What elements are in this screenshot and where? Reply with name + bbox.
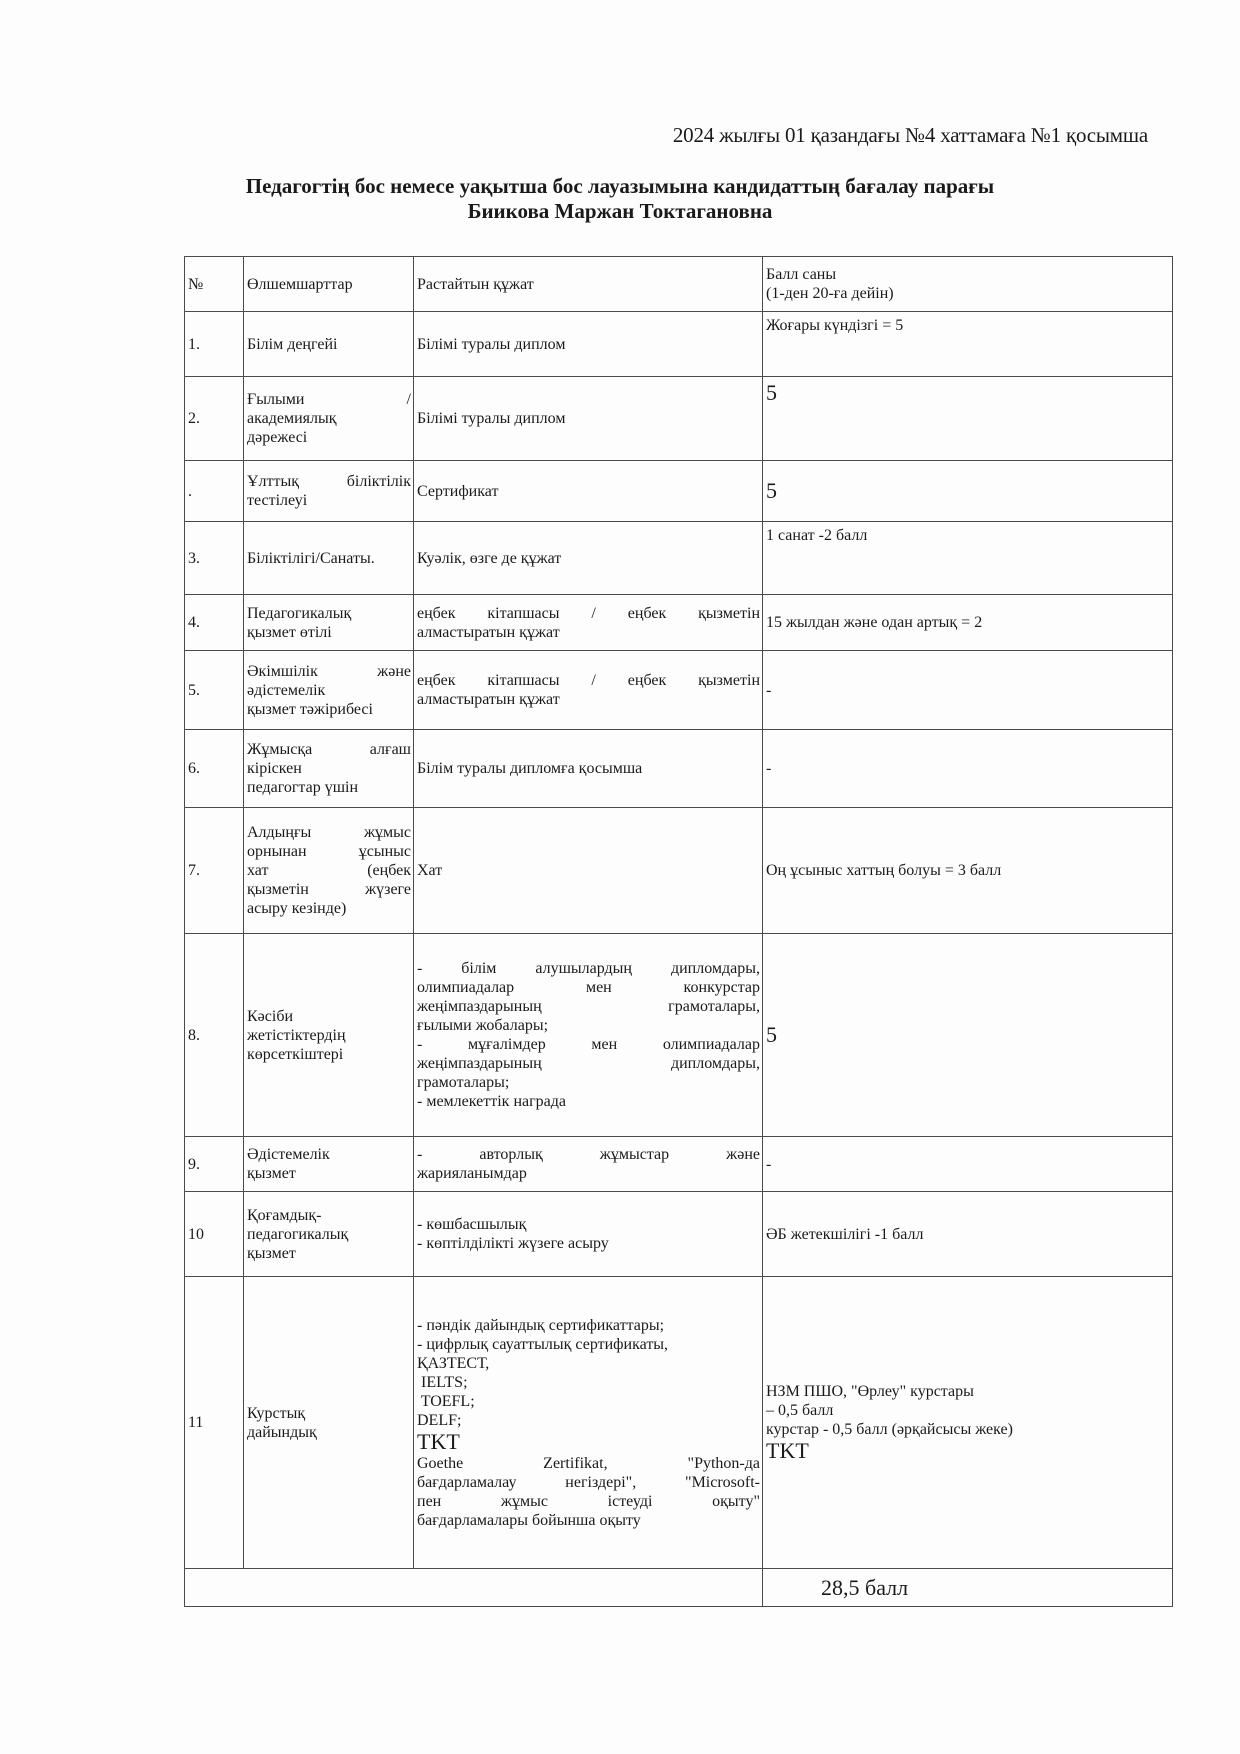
header-score-line1: Балл саны bbox=[766, 265, 1170, 284]
row-number: 5. bbox=[185, 651, 244, 730]
row-criteria-line: кіріскен bbox=[247, 759, 411, 778]
table-row: 4.Педагогикалыққызмет өтіліеңбек кітапша… bbox=[185, 595, 1173, 651]
row-document: Сертификат bbox=[414, 461, 763, 522]
annex-reference: 2024 жылғы 01 қазандағы №4 хаттамаға №1 … bbox=[673, 123, 1148, 148]
row-document-line: ғылыми жобалары; bbox=[417, 1016, 760, 1035]
row-document-line: - авторлық жұмыстар және bbox=[417, 1145, 760, 1164]
row-document-line: Куәлік, өзге де құжат bbox=[417, 549, 760, 568]
row-score-line: – 0,5 балл bbox=[766, 1401, 1170, 1420]
row-document-line: IELTS; bbox=[417, 1373, 760, 1392]
title-line: Педагогтің бос немесе уақытша бос лауазы… bbox=[0, 174, 1240, 199]
row-criteria-line: асыру кезінде) bbox=[247, 899, 411, 918]
row-document-line: алмастыратын құжат bbox=[417, 690, 760, 709]
row-number: 1. bbox=[185, 312, 244, 377]
row-score: - bbox=[763, 1137, 1173, 1192]
row-criteria: Ғылыми /академиялықдәрежесі bbox=[244, 377, 414, 461]
table-row: 11Курстықдайындық- пәндік дайындық серти… bbox=[185, 1277, 1173, 1569]
row-criteria: Курстықдайындық bbox=[244, 1277, 414, 1569]
row-criteria-line: әдістемелік bbox=[247, 681, 411, 700]
row-score-line: - bbox=[766, 759, 1170, 778]
row-score: Оң ұсыныс хаттың болуы = 3 балл bbox=[763, 808, 1173, 934]
row-criteria-line: Жұмысқа алғаш bbox=[247, 740, 411, 759]
evaluation-table: № Өлшемшарттар Растайтын құжат Балл саны… bbox=[184, 256, 1173, 1607]
row-score-line: - bbox=[766, 681, 1170, 700]
row-criteria-line: Алдыңғы жұмыс bbox=[247, 823, 411, 842]
row-criteria-line: орнынан ұсыныс bbox=[247, 842, 411, 861]
row-document-line: алмастыратын құжат bbox=[417, 623, 760, 642]
row-criteria: Жұмысқа алғашкіріскенпедагогтар үшін bbox=[244, 730, 414, 808]
row-document-line: бағдарламалары бойынша оқыту bbox=[417, 1511, 760, 1530]
row-criteria: Кәсібижетістіктердіңкөрсеткіштері bbox=[244, 934, 414, 1137]
row-document: - пәндік дайындық сертификаттары;- цифрл… bbox=[414, 1277, 763, 1569]
row-document-line: Сертификат bbox=[417, 482, 760, 501]
row-criteria-line: Әдістемелік bbox=[247, 1145, 411, 1164]
row-criteria-line: педагогикалық bbox=[247, 1225, 411, 1244]
row-document-line: Хат bbox=[417, 861, 760, 880]
row-score: ӘБ жетекшілігі -1 балл bbox=[763, 1192, 1173, 1277]
row-document-line: жеңімпаздарының грамоталары, bbox=[417, 997, 760, 1016]
table-row: 1.Білім деңгейіБілімі туралы дипломЖоғар… bbox=[185, 312, 1173, 377]
table-row: 5.Әкімшілік жәнеәдістемелікқызмет тәжіри… bbox=[185, 651, 1173, 730]
row-document: - білім алушылардың дипломдары,олимпиада… bbox=[414, 934, 763, 1137]
row-document-line: ҚАЗТЕСТ, bbox=[417, 1354, 760, 1373]
row-score-line: 15 жылдан және одан артық = 2 bbox=[766, 613, 1170, 632]
row-document-line: - пәндік дайындық сертификаттары; bbox=[417, 1316, 760, 1335]
row-criteria: Әкімшілік жәнеәдістемелікқызмет тәжірибе… bbox=[244, 651, 414, 730]
row-criteria-line: Ғылыми / bbox=[247, 390, 411, 409]
row-document-line: бағдарламалау негіздері", "Microsoft- bbox=[417, 1473, 760, 1492]
row-criteria-line: қызмет bbox=[247, 1244, 411, 1263]
row-criteria-line: Біліктілігі/Санаты. bbox=[247, 549, 411, 568]
row-criteria-line: Педагогикалық bbox=[247, 604, 411, 623]
row-document: Білімі туралы диплом bbox=[414, 377, 763, 461]
row-score: - bbox=[763, 730, 1173, 808]
row-document-line: - білім алушылардың дипломдары, bbox=[417, 959, 760, 978]
row-score-line: - bbox=[766, 1155, 1170, 1174]
total-label-cell bbox=[185, 1569, 763, 1607]
row-criteria-line: қызметін жүзеге bbox=[247, 880, 411, 899]
row-score-line: ӘБ жетекшілігі -1 балл bbox=[766, 1225, 1170, 1244]
table-row: 7.Алдыңғы жұмысорнынан ұсынысхат (еңбекқ… bbox=[185, 808, 1173, 934]
row-criteria-line: қызмет өтілі bbox=[247, 623, 411, 642]
row-criteria: Қоғамдық-педагогикалыққызмет bbox=[244, 1192, 414, 1277]
row-document-line: жеңімпаздарының дипломдары, bbox=[417, 1054, 760, 1073]
table-row: 2.Ғылыми /академиялықдәрежесіБілімі тура… bbox=[185, 377, 1173, 461]
row-number: 7. bbox=[185, 808, 244, 934]
row-document: Хат bbox=[414, 808, 763, 934]
row-score-line: Жоғары күндізгі = 5 bbox=[766, 316, 1170, 335]
row-document-line: - мұғалімдер мен олимпиадалар bbox=[417, 1035, 760, 1054]
row-number: 6. bbox=[185, 730, 244, 808]
row-document-line: грамоталары; bbox=[417, 1073, 760, 1092]
row-criteria-line: педагогтар үшін bbox=[247, 778, 411, 797]
header-score-line2: (1-ден 20-ға дейін) bbox=[766, 284, 1170, 303]
row-criteria-line: Әкімшілік және bbox=[247, 662, 411, 681]
row-document-line: еңбек кітапшасы / еңбек қызметін bbox=[417, 604, 760, 623]
row-criteria: Біліктілігі/Санаты. bbox=[244, 522, 414, 595]
table-row: 6.Жұмысқа алғашкіріскенпедагогтар үшінБі… bbox=[185, 730, 1173, 808]
total-score: 28,5 балл bbox=[763, 1569, 1173, 1607]
header-score: Балл саны (1-ден 20-ға дейін) bbox=[763, 257, 1173, 312]
row-criteria: Әдістемелікқызмет bbox=[244, 1137, 414, 1192]
row-score-line: TKT bbox=[766, 1439, 1170, 1463]
row-document-line: олимпиадалар мен конкурстар bbox=[417, 978, 760, 997]
row-document: Білім туралы дипломға қосымша bbox=[414, 730, 763, 808]
row-document: Білімі туралы диплом bbox=[414, 312, 763, 377]
row-score-line: 5 bbox=[766, 1023, 1170, 1047]
row-criteria-line: жетістіктердің bbox=[247, 1026, 411, 1045]
row-document-line: еңбек кітапшасы / еңбек қызметін bbox=[417, 671, 760, 690]
row-document-line: Goethe Zertifikat, "Python-да bbox=[417, 1454, 760, 1473]
row-score-line: НЗМ ПШО, "Өрлеу" курстары bbox=[766, 1382, 1170, 1401]
row-document-line: жарияланымдар bbox=[417, 1164, 760, 1183]
row-number: 8. bbox=[185, 934, 244, 1137]
row-score: Жоғары күндізгі = 5 bbox=[763, 312, 1173, 377]
row-document: еңбек кітапшасы / еңбек қызметіналмастыр… bbox=[414, 595, 763, 651]
header-criteria: Өлшемшарттар bbox=[244, 257, 414, 312]
total-row: 28,5 балл bbox=[185, 1569, 1173, 1607]
row-number: 2. bbox=[185, 377, 244, 461]
row-criteria-line: академиялық bbox=[247, 409, 411, 428]
row-score: 1 санат -2 балл bbox=[763, 522, 1173, 595]
row-document-line: TKT bbox=[417, 1430, 760, 1454]
row-document: Куәлік, өзге де құжат bbox=[414, 522, 763, 595]
row-criteria: Ұлттық біліктіліктестілеуі bbox=[244, 461, 414, 522]
row-document: еңбек кітапшасы / еңбек қызметіналмастыр… bbox=[414, 651, 763, 730]
table-row: 3.Біліктілігі/Санаты.Куәлік, өзге де құж… bbox=[185, 522, 1173, 595]
row-document-line: TOEFL; bbox=[417, 1392, 760, 1411]
table-header-row: № Өлшемшарттар Растайтын құжат Балл саны… bbox=[185, 257, 1173, 312]
row-criteria-line: көрсеткіштері bbox=[247, 1045, 411, 1064]
row-criteria: Педагогикалыққызмет өтілі bbox=[244, 595, 414, 651]
row-number: 3. bbox=[185, 522, 244, 595]
table-row: 9.Әдістемелікқызмет- авторлық жұмыстар ж… bbox=[185, 1137, 1173, 1192]
candidate-name: Биикова Маржан Токтагановна bbox=[0, 199, 1240, 224]
row-score-line: Оң ұсыныс хаттың болуы = 3 балл bbox=[766, 861, 1170, 880]
row-score: 15 жылдан және одан артық = 2 bbox=[763, 595, 1173, 651]
table-row: 10Қоғамдық-педагогикалыққызмет- көшбасшы… bbox=[185, 1192, 1173, 1277]
row-score-line: 5 bbox=[766, 479, 1170, 503]
row-number: 11 bbox=[185, 1277, 244, 1569]
row-criteria-line: қызмет bbox=[247, 1164, 411, 1183]
row-document-line: Білім туралы дипломға қосымша bbox=[417, 759, 760, 778]
row-document-line: - көптілділікті жүзеге асыру bbox=[417, 1234, 760, 1253]
row-criteria: Алдыңғы жұмысорнынан ұсынысхат (еңбекқыз… bbox=[244, 808, 414, 934]
row-document-line: Білімі туралы диплом bbox=[417, 409, 760, 428]
document-page: 2024 жылғы 01 қазандағы №4 хаттамаға №1 … bbox=[0, 0, 1240, 1754]
row-document-line: DELF; bbox=[417, 1411, 760, 1430]
row-number: 10 bbox=[185, 1192, 244, 1277]
row-criteria-line: дайындық bbox=[247, 1423, 411, 1442]
table-row: 8.Кәсібижетістіктердіңкөрсеткіштері- біл… bbox=[185, 934, 1173, 1137]
document-title: Педагогтің бос немесе уақытша бос лауазы… bbox=[0, 174, 1240, 224]
row-criteria-line: Курстық bbox=[247, 1404, 411, 1423]
row-score-line: курстар - 0,5 балл (әрқайсысы жеке) bbox=[766, 1420, 1170, 1439]
row-document-line: Білімі туралы диплом bbox=[417, 335, 760, 354]
row-score: НЗМ ПШО, "Өрлеу" курстары– 0,5 баллкурст… bbox=[763, 1277, 1173, 1569]
row-criteria-line: Кәсіби bbox=[247, 1007, 411, 1026]
row-number: . bbox=[185, 461, 244, 522]
row-score-line: 5 bbox=[766, 381, 1170, 405]
row-document-line: - мемлекеттік награда bbox=[417, 1092, 760, 1111]
row-criteria: Білім деңгейі bbox=[244, 312, 414, 377]
row-document: - авторлық жұмыстар жәнежарияланымдар bbox=[414, 1137, 763, 1192]
row-document-line: пен жұмыс істеуді оқыту" bbox=[417, 1492, 760, 1511]
header-document: Растайтын құжат bbox=[414, 257, 763, 312]
row-criteria-line: Білім деңгейі bbox=[247, 335, 411, 354]
row-criteria-line: тестілеуі bbox=[247, 491, 411, 510]
row-criteria-line: дәрежесі bbox=[247, 428, 411, 447]
row-score: 5 bbox=[763, 377, 1173, 461]
row-criteria-line: хат (еңбек bbox=[247, 861, 411, 880]
row-score: 5 bbox=[763, 934, 1173, 1137]
row-document-line: - көшбасшылық bbox=[417, 1215, 760, 1234]
row-score: 5 bbox=[763, 461, 1173, 522]
row-document: - көшбасшылық- көптілділікті жүзеге асыр… bbox=[414, 1192, 763, 1277]
row-number: 9. bbox=[185, 1137, 244, 1192]
row-number: 4. bbox=[185, 595, 244, 651]
header-number: № bbox=[185, 257, 244, 312]
row-score: - bbox=[763, 651, 1173, 730]
row-criteria-line: Ұлттық біліктілік bbox=[247, 472, 411, 491]
row-document-line: - цифрлық сауаттылық сертификаты, bbox=[417, 1335, 760, 1354]
row-criteria-line: қызмет тәжірибесі bbox=[247, 700, 411, 719]
row-criteria-line: Қоғамдық- bbox=[247, 1206, 411, 1225]
row-score-line: 1 санат -2 балл bbox=[766, 526, 1170, 545]
table-row: .Ұлттық біліктіліктестілеуіСертификат5 bbox=[185, 461, 1173, 522]
